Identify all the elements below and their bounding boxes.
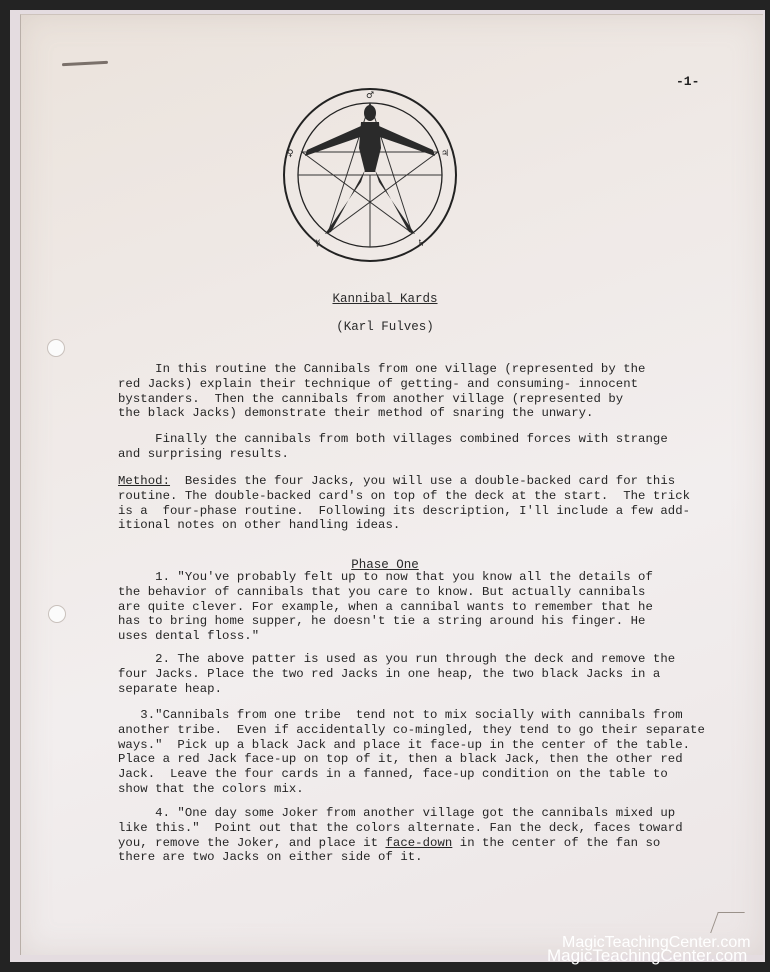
step-2: 2. The above patter is used as you run t… — [118, 652, 728, 696]
punch-hole — [47, 339, 65, 357]
watermark-shadow: MagicTeachingCenter.com — [547, 946, 747, 966]
svg-text:☿: ☿ — [315, 239, 321, 249]
method-label: Method: — [118, 474, 170, 488]
svg-text:♃: ♃ — [441, 149, 449, 159]
document-title: Kannibal Kards — [0, 292, 770, 306]
step-1: 1. "You've probably felt up to now that … — [118, 570, 728, 644]
method-text: Besides the four Jacks, you will use a d… — [118, 474, 690, 532]
intro-paragraph-2: Finally the cannibals from both villages… — [118, 432, 728, 462]
svg-text:♀: ♀ — [287, 149, 294, 159]
step-4-emphasis: face-down — [385, 836, 452, 850]
page-number: -1- — [676, 74, 699, 89]
punch-hole — [48, 605, 66, 623]
svg-text:♄: ♄ — [417, 239, 425, 249]
step-3: 3."Cannibals from one tribe tend not to … — [118, 708, 728, 797]
document-author: (Karl Fulves) — [0, 320, 770, 334]
svg-text:♂: ♂ — [366, 91, 374, 101]
intro-paragraph-1: In this routine the Cannibals from one v… — [118, 362, 728, 421]
pentagram-man-icon: ♂ ♀ ♃ ☿ ♄ — [281, 86, 459, 264]
step-4: 4. "One day some Joker from another vill… — [118, 806, 728, 865]
method-paragraph: Method: Besides the four Jacks, you will… — [118, 474, 728, 533]
